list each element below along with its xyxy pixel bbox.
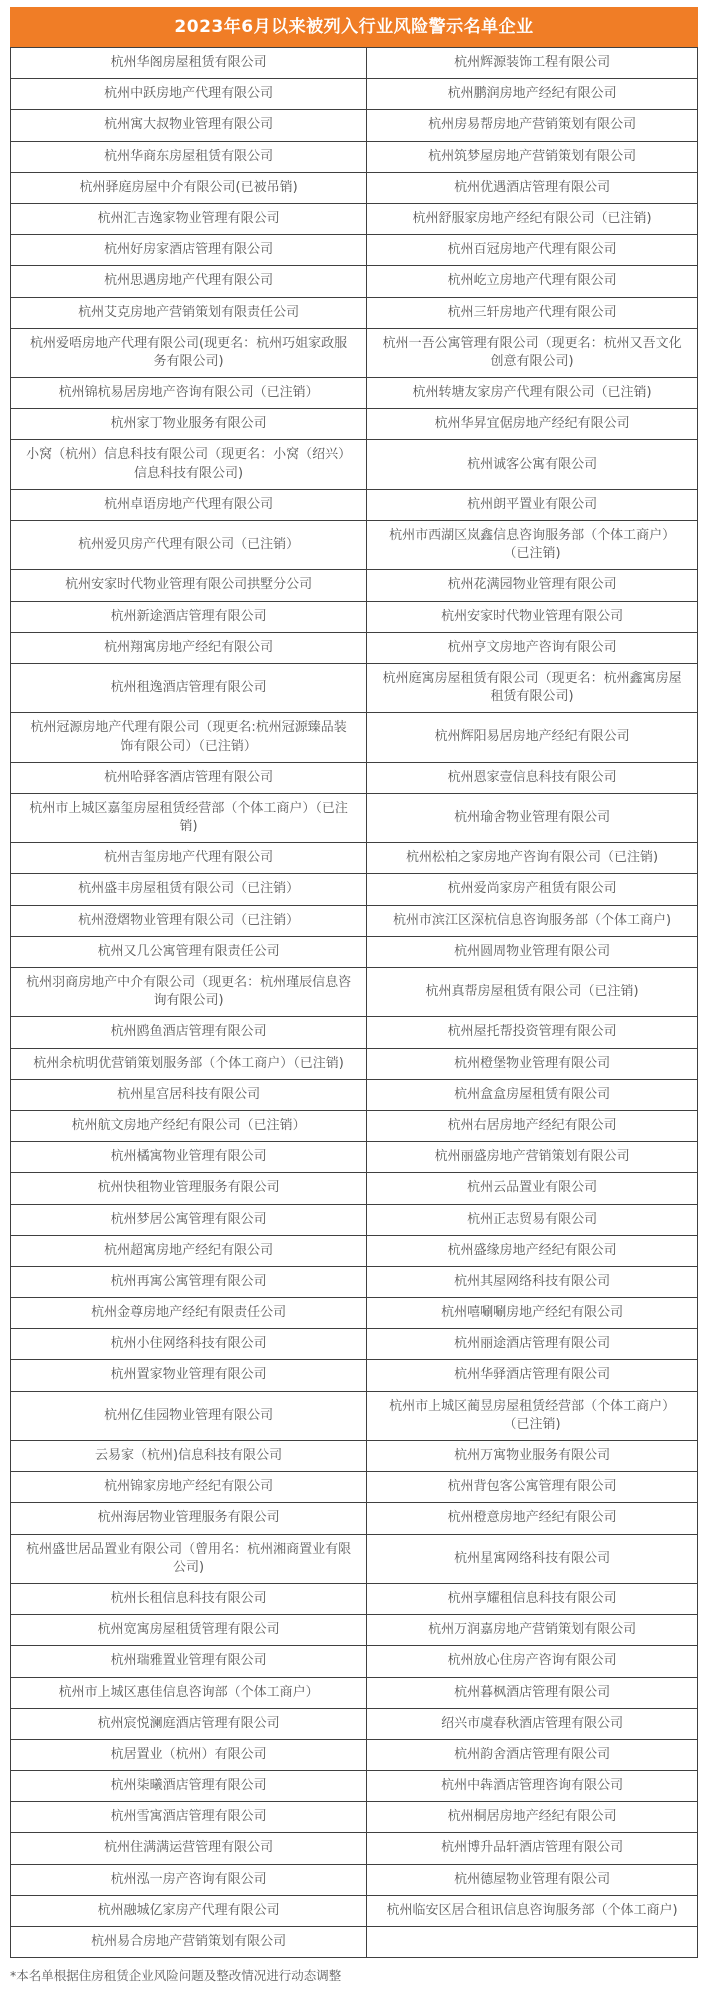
- company-cell: 杭州又几公寓管理有限责任公司: [11, 936, 367, 967]
- table-row: 杭州思遇房地产代理有限公司杭州屹立房地产代理有限公司: [11, 266, 698, 297]
- company-cell: 杭州鸥鱼酒店管理有限公司: [11, 1017, 367, 1048]
- company-cell: 杭州辉源装饰工程有限公司: [367, 48, 698, 79]
- table-row: 杭州盛丰房屋租赁有限公司（已注销）杭州爱尚家房产租赁有限公司: [11, 874, 698, 905]
- company-cell: 杭州庭寓房屋租赁有限公司（现更名：杭州鑫寓房屋租赁有限公司): [367, 663, 698, 712]
- table-row: 杭州卓语房地产代理有限公司杭州朗平置业有限公司: [11, 489, 698, 520]
- company-cell: 杭州花满园物业管理有限公司: [367, 570, 698, 601]
- table-row: 小窝（杭州）信息科技有限公司（现更名：小窝（绍兴）信息科技有限公司)杭州诚客公寓…: [11, 440, 698, 489]
- company-cell: 杭州盛缘房地产经纪有限公司: [367, 1235, 698, 1266]
- company-cell: 杭州诚客公寓有限公司: [367, 440, 698, 489]
- company-cell: 杭州快租物业管理服务有限公司: [11, 1173, 367, 1204]
- company-cell: 杭州暮枫酒店管理有限公司: [367, 1677, 698, 1708]
- table-row: 杭州瑞雅置业管理有限公司杭州放心住房产咨询有限公司: [11, 1646, 698, 1677]
- company-cell: 杭州屋托帮投资管理有限公司: [367, 1017, 698, 1048]
- company-cell: 杭州再寓公寓管理有限公司: [11, 1266, 367, 1297]
- company-cell: 杭州余杭明优营销策划服务部（个体工商户）（已注销): [11, 1048, 367, 1079]
- company-cell: 杭州亨文房地产咨询有限公司: [367, 632, 698, 663]
- table-row: 杭州易合房地产营销策划有限公司: [11, 1927, 698, 1958]
- company-cell: 杭州恩家壹信息科技有限公司: [367, 762, 698, 793]
- company-cell: 杭州华商东房屋租赁有限公司: [11, 141, 367, 172]
- company-cell: 杭州舒服家房地产经纪有限公司（已注销): [367, 203, 698, 234]
- company-cell: 杭州橙意房地产经纪有限公司: [367, 1503, 698, 1534]
- company-cell: 杭州艾克房地产营销策划有限责任公司: [11, 297, 367, 328]
- company-cell: 杭州亿佳园物业管理有限公司: [11, 1391, 367, 1440]
- table-row: 杭州小住网络科技有限公司杭州丽途酒店管理有限公司: [11, 1329, 698, 1360]
- company-cell: 杭州易合房地产营销策划有限公司: [11, 1927, 367, 1958]
- company-cell: 杭州圆周物业管理有限公司: [367, 936, 698, 967]
- table-row: 杭州租逸酒店管理有限公司杭州庭寓房屋租赁有限公司（现更名：杭州鑫寓房屋租赁有限公…: [11, 663, 698, 712]
- company-cell: 杭州宸悦澜庭酒店管理有限公司: [11, 1708, 367, 1739]
- company-cell: 杭州锦杭易居房地产咨询有限公司（已注销）: [11, 378, 367, 409]
- company-cell: 杭州市上城区嘉玺房屋租赁经营部（个体工商户）（已注销): [11, 793, 367, 842]
- table-row: 杭州快租物业管理服务有限公司杭州云品置业有限公司: [11, 1173, 698, 1204]
- table-row: 杭州华阁房屋租赁有限公司杭州辉源装饰工程有限公司: [11, 48, 698, 79]
- table-row: 杭州超寓房地产经纪有限公司杭州盛缘房地产经纪有限公司: [11, 1235, 698, 1266]
- company-cell: 杭州嘻唰唰房地产经纪有限公司: [367, 1298, 698, 1329]
- company-cell: 杭州朗平置业有限公司: [367, 489, 698, 520]
- company-cell: 杭州盛丰房屋租赁有限公司（已注销）: [11, 874, 367, 905]
- table-row: 杭州艾克房地产营销策划有限责任公司杭州三轩房地产代理有限公司: [11, 297, 698, 328]
- company-cell: 杭州一吾公寓管理有限公司（现更名：杭州又吾文化创意有限公司): [367, 328, 698, 377]
- company-cell: 杭州筑梦屋房地产营销策划有限公司: [367, 141, 698, 172]
- table-row: 杭居置业（杭州）有限公司杭州韵舍酒店管理有限公司: [11, 1739, 698, 1770]
- table-row: 杭州翔寓房地产经纪有限公司杭州亨文房地产咨询有限公司: [11, 632, 698, 663]
- table-row: 杭州澄熠物业管理有限公司（已注销）杭州市滨江区深杭信息咨询服务部（个体工商户): [11, 905, 698, 936]
- table-row: 杭州吉玺房地产代理有限公司杭州松柏之家房地产咨询有限公司（已注销): [11, 843, 698, 874]
- table-row: 杭州星宫居科技有限公司杭州盒盒房屋租赁有限公司: [11, 1079, 698, 1110]
- company-cell: 杭州中犇酒店管理咨询有限公司: [367, 1771, 698, 1802]
- table-row: 杭州汇吉逸家物业管理有限公司杭州舒服家房地产经纪有限公司（已注销): [11, 203, 698, 234]
- company-cell: 杭州市滨江区深杭信息咨询服务部（个体工商户): [367, 905, 698, 936]
- company-cell: 杭州瑞雅置业管理有限公司: [11, 1646, 367, 1677]
- company-cell: 杭州博升品轩酒店管理有限公司: [367, 1833, 698, 1864]
- company-cell: 杭州背包客公寓管理有限公司: [367, 1472, 698, 1503]
- company-cell: 杭州小住网络科技有限公司: [11, 1329, 367, 1360]
- table-row: 杭州再寓公寓管理有限公司杭州其屋网络科技有限公司: [11, 1266, 698, 1297]
- company-cell: 杭州翔寓房地产经纪有限公司: [11, 632, 367, 663]
- table-row: 杭州驿庭房屋中介有限公司(已被吊销)杭州优遇酒店管理有限公司: [11, 172, 698, 203]
- company-cell: 杭州租逸酒店管理有限公司: [11, 663, 367, 712]
- company-cell: 杭州家丁物业服务有限公司: [11, 409, 367, 440]
- company-cell: 杭州柒曦酒店管理有限公司: [11, 1771, 367, 1802]
- company-cell: 杭州澄熠物业管理有限公司（已注销）: [11, 905, 367, 936]
- company-cell: 杭州星宫居科技有限公司: [11, 1079, 367, 1110]
- company-cell: 杭州梦居公寓管理有限公司: [11, 1204, 367, 1235]
- table-row: 杭州羽商房地产中介有限公司（现更名：杭州瑾辰信息咨询有限公司)杭州真帮房屋租赁有…: [11, 968, 698, 1017]
- company-cell: 杭州市西湖区岚鑫信息咨询服务部（个体工商户）（已注销): [367, 521, 698, 570]
- company-cell: 小窝（杭州）信息科技有限公司（现更名：小窝（绍兴）信息科技有限公司): [11, 440, 367, 489]
- company-cell: 杭州驿庭房屋中介有限公司(已被吊销): [11, 172, 367, 203]
- table-row: 杭州橘寓物业管理有限公司杭州丽盛房地产营销策划有限公司: [11, 1142, 698, 1173]
- company-cell: 杭州长租信息科技有限公司: [11, 1583, 367, 1614]
- company-table: 杭州华阁房屋租赁有限公司杭州辉源装饰工程有限公司杭州中跃房地产代理有限公司杭州鹏…: [10, 47, 698, 1958]
- company-cell: 杭州韵舍酒店管理有限公司: [367, 1739, 698, 1770]
- company-cell: 杭州市上城区惠佳信息咨询部（个体工商户）: [11, 1677, 367, 1708]
- company-cell: 杭州泓一房产咨询有限公司: [11, 1864, 367, 1895]
- table-row: 杭州宸悦澜庭酒店管理有限公司绍兴市虞春秋酒店管理有限公司: [11, 1708, 698, 1739]
- table-row: 杭州航文房地产经纪有限公司（已注销）杭州右居房地产经纪有限公司: [11, 1110, 698, 1141]
- table-row: 杭州置家物业管理有限公司杭州华驿酒店管理有限公司: [11, 1360, 698, 1391]
- company-cell: 杭州海居物业管理服务有限公司: [11, 1503, 367, 1534]
- table-row: 杭州安家时代物业管理有限公司拱墅分公司杭州花满园物业管理有限公司: [11, 570, 698, 601]
- company-cell: 杭州住满满运营管理有限公司: [11, 1833, 367, 1864]
- company-cell: 杭州松柏之家房地产咨询有限公司（已注销): [367, 843, 698, 874]
- table-row: 杭州市上城区惠佳信息咨询部（个体工商户）杭州暮枫酒店管理有限公司: [11, 1677, 698, 1708]
- company-cell: 杭州其屋网络科技有限公司: [367, 1266, 698, 1297]
- company-cell: 杭州爱贝房产代理有限公司（已注销）: [11, 521, 367, 570]
- company-cell: 杭州丽盛房地产营销策划有限公司: [367, 1142, 698, 1173]
- footnote: *本名单根据住房租赁企业风险问题及整改情况进行动态调整: [10, 1966, 698, 1984]
- table-title: 2023年6月以来被列入行业风险警示名单企业: [10, 7, 698, 47]
- company-cell: 杭州中跃房地产代理有限公司: [11, 79, 367, 110]
- company-cell: 杭州吉玺房地产代理有限公司: [11, 843, 367, 874]
- company-cell: 杭州鹏润房地产经纪有限公司: [367, 79, 698, 110]
- table-row: 杭州盛世居品置业有限公司（曾用名：杭州湘商置业有限公司)杭州星寓网络科技有限公司: [11, 1534, 698, 1583]
- company-cell: 杭州安家时代物业管理有限公司: [367, 601, 698, 632]
- company-cell: 杭州丽途酒店管理有限公司: [367, 1329, 698, 1360]
- company-cell: 杭州宽寓房屋租赁管理有限公司: [11, 1615, 367, 1646]
- company-cell: 杭州华昇宜倨房地产经纪有限公司: [367, 409, 698, 440]
- company-cell: 杭州优遇酒店管理有限公司: [367, 172, 698, 203]
- company-cell: 杭州三轩房地产代理有限公司: [367, 297, 698, 328]
- company-cell: 杭州雪寓酒店管理有限公司: [11, 1802, 367, 1833]
- table-row: 杭州梦居公寓管理有限公司杭州正志贸易有限公司: [11, 1204, 698, 1235]
- company-cell: 杭州超寓房地产经纪有限公司: [11, 1235, 367, 1266]
- table-row: 杭州爱唔房地产代理有限公司(现更名：杭州巧姐家政服务有限公司)杭州一吾公寓管理有…: [11, 328, 698, 377]
- table-row: 杭州市上城区嘉玺房屋租赁经营部（个体工商户）（已注销)杭州瑜舍物业管理有限公司: [11, 793, 698, 842]
- company-cell: 杭州放心住房产咨询有限公司: [367, 1646, 698, 1677]
- company-cell: 杭州橘寓物业管理有限公司: [11, 1142, 367, 1173]
- company-cell: 杭州华阁房屋租赁有限公司: [11, 48, 367, 79]
- company-cell: 杭州德屋物业管理有限公司: [367, 1864, 698, 1895]
- company-cell: 杭州金尊房地产经纪有限责任公司: [11, 1298, 367, 1329]
- company-cell: 杭州正志贸易有限公司: [367, 1204, 698, 1235]
- company-cell: 杭州万寓物业服务有限公司: [367, 1441, 698, 1472]
- company-cell: 杭州冠源房地产代理有限公司（现更名:杭州冠源臻品装饰有限公司）（已注销）: [11, 713, 367, 762]
- table-row: 杭州余杭明优营销策划服务部（个体工商户）（已注销)杭州橙堡物业管理有限公司: [11, 1048, 698, 1079]
- company-cell: 杭州右居房地产经纪有限公司: [367, 1110, 698, 1141]
- company-cell: 杭州临安区居合租讯信息咨询服务部（个体工商户): [367, 1895, 698, 1926]
- company-cell: 杭州房易帮房地产营销策划有限公司: [367, 110, 698, 141]
- table-row: 云易家（杭州)信息科技有限公司杭州万寓物业服务有限公司: [11, 1441, 698, 1472]
- company-cell: 杭州爱尚家房产租赁有限公司: [367, 874, 698, 905]
- table-row: 杭州新途酒店管理有限公司杭州安家时代物业管理有限公司: [11, 601, 698, 632]
- company-cell: 杭州享耀租信息科技有限公司: [367, 1583, 698, 1614]
- company-cell: 杭州星寓网络科技有限公司: [367, 1534, 698, 1583]
- table-row: 杭州中跃房地产代理有限公司杭州鹏润房地产经纪有限公司: [11, 79, 698, 110]
- table-row: 杭州亿佳园物业管理有限公司杭州市上城区蔺昱房屋租赁经营部（个体工商户）（已注销): [11, 1391, 698, 1440]
- table-row: 杭州柒曦酒店管理有限公司杭州中犇酒店管理咨询有限公司: [11, 1771, 698, 1802]
- company-cell: 杭州羽商房地产中介有限公司（现更名：杭州瑾辰信息咨询有限公司): [11, 968, 367, 1017]
- company-cell: 杭州盒盒房屋租赁有限公司: [367, 1079, 698, 1110]
- company-cell: 杭州瑜舍物业管理有限公司: [367, 793, 698, 842]
- company-cell: 杭州航文房地产经纪有限公司（已注销）: [11, 1110, 367, 1141]
- table-row: 杭州雪寓酒店管理有限公司杭州桐居房地产经纪有限公司: [11, 1802, 698, 1833]
- company-cell: 杭州华驿酒店管理有限公司: [367, 1360, 698, 1391]
- company-cell: 杭州安家时代物业管理有限公司拱墅分公司: [11, 570, 367, 601]
- company-cell: 杭州真帮房屋租赁有限公司（已注销): [367, 968, 698, 1017]
- company-cell: 杭州思遇房地产代理有限公司: [11, 266, 367, 297]
- table-row: 杭州融城亿家房产代理有限公司杭州临安区居合租讯信息咨询服务部（个体工商户): [11, 1895, 698, 1926]
- table-row: 杭州泓一房产咨询有限公司杭州德屋物业管理有限公司: [11, 1864, 698, 1895]
- table-row: 杭州锦家房地产经纪有限公司杭州背包客公寓管理有限公司: [11, 1472, 698, 1503]
- company-cell: 云易家（杭州)信息科技有限公司: [11, 1441, 367, 1472]
- table-row: 杭州冠源房地产代理有限公司（现更名:杭州冠源臻品装饰有限公司）（已注销）杭州辉阳…: [11, 713, 698, 762]
- table-row: 杭州锦杭易居房地产咨询有限公司（已注销）杭州转塘友家房产代理有限公司（已注销): [11, 378, 698, 409]
- company-cell: 绍兴市虞春秋酒店管理有限公司: [367, 1708, 698, 1739]
- company-cell: 杭州寓大叔物业管理有限公司: [11, 110, 367, 141]
- company-cell: 杭州融城亿家房产代理有限公司: [11, 1895, 367, 1926]
- company-cell: 杭州万润嘉房地产营销策划有限公司: [367, 1615, 698, 1646]
- table-row: 杭州爱贝房产代理有限公司（已注销）杭州市西湖区岚鑫信息咨询服务部（个体工商户）（…: [11, 521, 698, 570]
- company-cell: 杭州橙堡物业管理有限公司: [367, 1048, 698, 1079]
- company-cell: 杭州辉阳易居房地产经纪有限公司: [367, 713, 698, 762]
- table-row: 杭州又几公寓管理有限责任公司杭州圆周物业管理有限公司: [11, 936, 698, 967]
- company-cell: 杭州好房家酒店管理有限公司: [11, 235, 367, 266]
- risk-warning-list-page: 2023年6月以来被列入行业风险警示名单企业 杭州华阁房屋租赁有限公司杭州辉源装…: [0, 0, 708, 1994]
- company-cell: 杭州新途酒店管理有限公司: [11, 601, 367, 632]
- company-cell: [367, 1927, 698, 1958]
- table-row: 杭州家丁物业服务有限公司杭州华昇宜倨房地产经纪有限公司: [11, 409, 698, 440]
- company-cell: 杭州屹立房地产代理有限公司: [367, 266, 698, 297]
- company-cell: 杭州云品置业有限公司: [367, 1173, 698, 1204]
- company-cell: 杭州锦家房地产经纪有限公司: [11, 1472, 367, 1503]
- table-row: 杭州华商东房屋租赁有限公司杭州筑梦屋房地产营销策划有限公司: [11, 141, 698, 172]
- company-cell: 杭州转塘友家房产代理有限公司（已注销): [367, 378, 698, 409]
- table-row: 杭州住满满运营管理有限公司杭州博升品轩酒店管理有限公司: [11, 1833, 698, 1864]
- company-cell: 杭居置业（杭州）有限公司: [11, 1739, 367, 1770]
- table-row: 杭州好房家酒店管理有限公司杭州百冠房地产代理有限公司: [11, 235, 698, 266]
- table-row: 杭州宽寓房屋租赁管理有限公司杭州万润嘉房地产营销策划有限公司: [11, 1615, 698, 1646]
- table-row: 杭州海居物业管理服务有限公司杭州橙意房地产经纪有限公司: [11, 1503, 698, 1534]
- company-cell: 杭州置家物业管理有限公司: [11, 1360, 367, 1391]
- company-cell: 杭州盛世居品置业有限公司（曾用名：杭州湘商置业有限公司): [11, 1534, 367, 1583]
- table-row: 杭州金尊房地产经纪有限责任公司杭州嘻唰唰房地产经纪有限公司: [11, 1298, 698, 1329]
- company-cell: 杭州哈驿客酒店管理有限公司: [11, 762, 367, 793]
- company-cell: 杭州卓语房地产代理有限公司: [11, 489, 367, 520]
- company-cell: 杭州桐居房地产经纪有限公司: [367, 1802, 698, 1833]
- table-row: 杭州寓大叔物业管理有限公司杭州房易帮房地产营销策划有限公司: [11, 110, 698, 141]
- company-cell: 杭州汇吉逸家物业管理有限公司: [11, 203, 367, 234]
- company-cell: 杭州市上城区蔺昱房屋租赁经营部（个体工商户）（已注销): [367, 1391, 698, 1440]
- table-row: 杭州鸥鱼酒店管理有限公司杭州屋托帮投资管理有限公司: [11, 1017, 698, 1048]
- table-row: 杭州长租信息科技有限公司杭州享耀租信息科技有限公司: [11, 1583, 698, 1614]
- company-cell: 杭州百冠房地产代理有限公司: [367, 235, 698, 266]
- company-cell: 杭州爱唔房地产代理有限公司(现更名：杭州巧姐家政服务有限公司): [11, 328, 367, 377]
- table-row: 杭州哈驿客酒店管理有限公司杭州恩家壹信息科技有限公司: [11, 762, 698, 793]
